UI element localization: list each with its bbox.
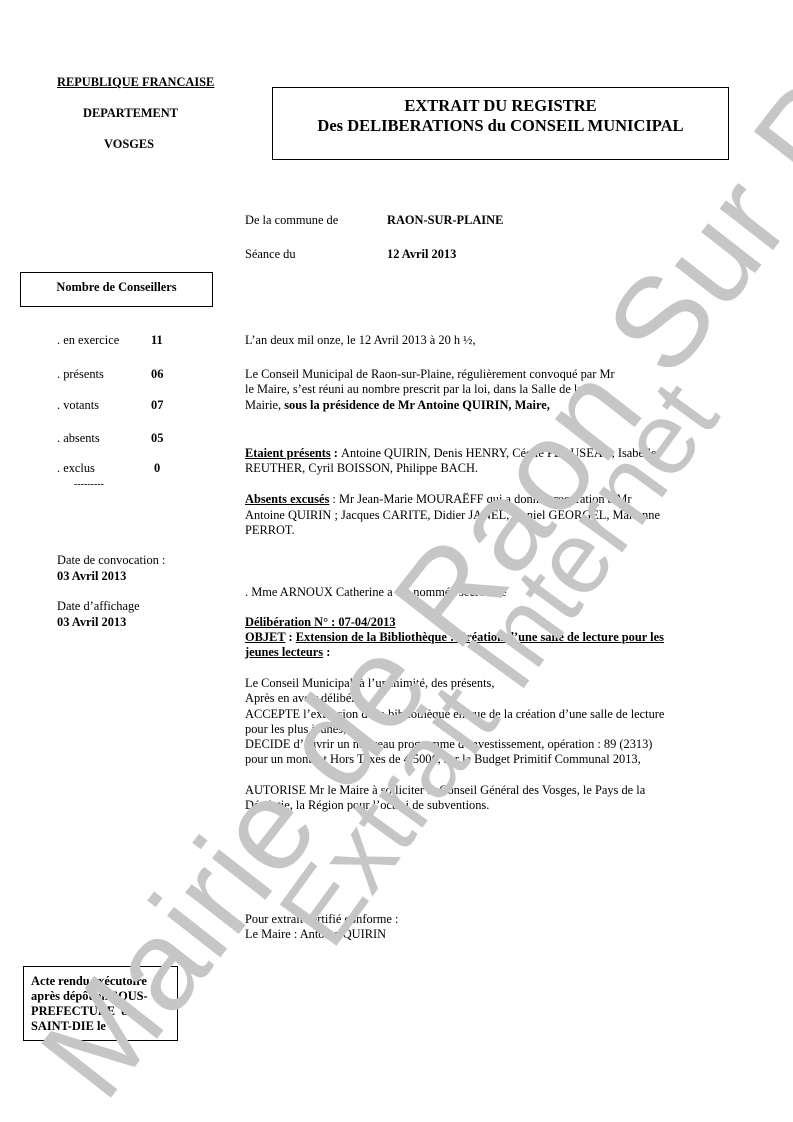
convocation-date: 03 Avril 2013 (57, 569, 126, 584)
affichage-date: 03 Avril 2013 (57, 615, 126, 630)
council-line-1: Le Conseil Municipal de Raon-sur-Plaine,… (245, 367, 615, 382)
absents-line-3: PERROT. (245, 523, 295, 538)
autorise-line: AUTORISE Mr le Maire à solliciter le Con… (245, 783, 645, 798)
secretary-line: . Mme ARNOUX Catherine a été nommée secr… (245, 585, 507, 600)
title-line-2: Des DELIBERATIONS du CONSEIL MUNICIPAL (273, 116, 728, 135)
absents-names-1: : Mr Jean-Marie MOURAËFF qui a donné pro… (329, 492, 631, 506)
objet-line-2: jeunes lecteurs : (245, 645, 330, 660)
autorise-line: Déodatie, la Région pour l’octroi de sub… (245, 798, 489, 813)
stat-label-presents: . présents (57, 367, 104, 382)
departement-name: VOSGES (104, 137, 154, 152)
separator: --------- (74, 477, 104, 492)
title-line-1: EXTRAIT DU REGISTRE (273, 96, 728, 115)
decision-line: ACCEPTE l’extension de la bibliothèque e… (245, 707, 664, 722)
stat-label-exclus: . exclus (57, 461, 95, 476)
objet-text-2: jeunes lecteurs (245, 645, 323, 659)
absents-line-2: Antoine QUIRIN ; Jacques CARITE, Didier … (245, 508, 660, 523)
affichage-label: Date d’affichage (57, 599, 140, 614)
objet-line-1: OBJET : Extension de la Bibliothèque : C… (245, 630, 664, 645)
commune-name: RAON-SUR-PLAINE (387, 213, 503, 228)
council-line-2: le Maire, s’est réuni au nombre prescrit… (245, 382, 583, 397)
deliberation-number: Délibération N° : 07-04/2013 (245, 615, 396, 630)
council-line-3: Mairie, sous la présidence de Mr Antoine… (245, 398, 550, 413)
stat-value-presents: 06 (151, 367, 163, 382)
presents-line-2: REUTHER, Cyril BOISSON, Philippe BACH. (245, 461, 478, 476)
decision-line: Après en avoir délibéré, (245, 691, 364, 706)
decision-line: pour un montant Hors Taxes de 4 500€, su… (245, 752, 641, 767)
stat-value-votants: 07 (151, 398, 163, 413)
mayor-signature: Le Maire : Antoine QUIRIN (245, 927, 386, 942)
council-line-3-prefix: Mairie, (245, 398, 284, 412)
stat-value-exclus: 0 (154, 461, 160, 476)
stat-value-exercice: 11 (151, 333, 163, 348)
presents-sep: : (331, 446, 341, 460)
decision-line: Le Conseil Municipal, à l’unanimité, des… (245, 676, 494, 691)
document-title-box: EXTRAIT DU REGISTRE Des DELIBERATIONS du… (272, 87, 729, 160)
commune-label: De la commune de (245, 213, 338, 228)
republic-heading: REPUBLIQUE FRANCAISE (57, 75, 214, 90)
certification-line: Pour extrait certifié conforme : (245, 912, 398, 927)
objet-sep: : (285, 630, 295, 644)
acte-executoire-box: Acte rendu exécutoire après dépôt en SOU… (23, 966, 178, 1041)
conseillers-title: Nombre de Conseillers (21, 280, 212, 295)
acte-executoire-text: Acte rendu exécutoire après dépôt en SOU… (31, 974, 148, 1034)
absents-line-1: Absents excusés : Mr Jean-Marie MOURAËFF… (245, 492, 631, 507)
conseillers-box: Nombre de Conseillers (20, 272, 213, 307)
objet-text-1: Extension de la Bibliothèque : Création … (296, 630, 664, 644)
objet-end: : (323, 645, 330, 659)
decision-line: DECIDE d’ouvrir un nouveau programme d’i… (245, 737, 652, 752)
stat-label-exercice: . en exercice (57, 333, 119, 348)
presents-label: Etaient présents (245, 446, 331, 460)
decision-line: pour les plus jeunes, (245, 722, 346, 737)
convocation-label: Date de convocation : (57, 553, 165, 568)
presents-names-1: Antoine QUIRIN, Denis HENRY, Cécile PLOU… (341, 446, 656, 460)
presidence: sous la présidence de Mr Antoine QUIRIN,… (284, 398, 550, 412)
seance-date: 12 Avril 2013 (387, 247, 456, 262)
opening-line: L’an deux mil onze, le 12 Avril 2013 à 2… (245, 333, 476, 348)
seance-label: Séance du (245, 247, 296, 262)
absents-label: Absents excusés (245, 492, 329, 506)
stat-label-absents: . absents (57, 431, 100, 446)
departement-label: DEPARTEMENT (83, 106, 178, 121)
objet-label: OBJET (245, 630, 285, 644)
presents-line-1: Etaient présents : Antoine QUIRIN, Denis… (245, 446, 656, 461)
stat-label-votants: . votants (57, 398, 99, 413)
stat-value-absents: 05 (151, 431, 163, 446)
